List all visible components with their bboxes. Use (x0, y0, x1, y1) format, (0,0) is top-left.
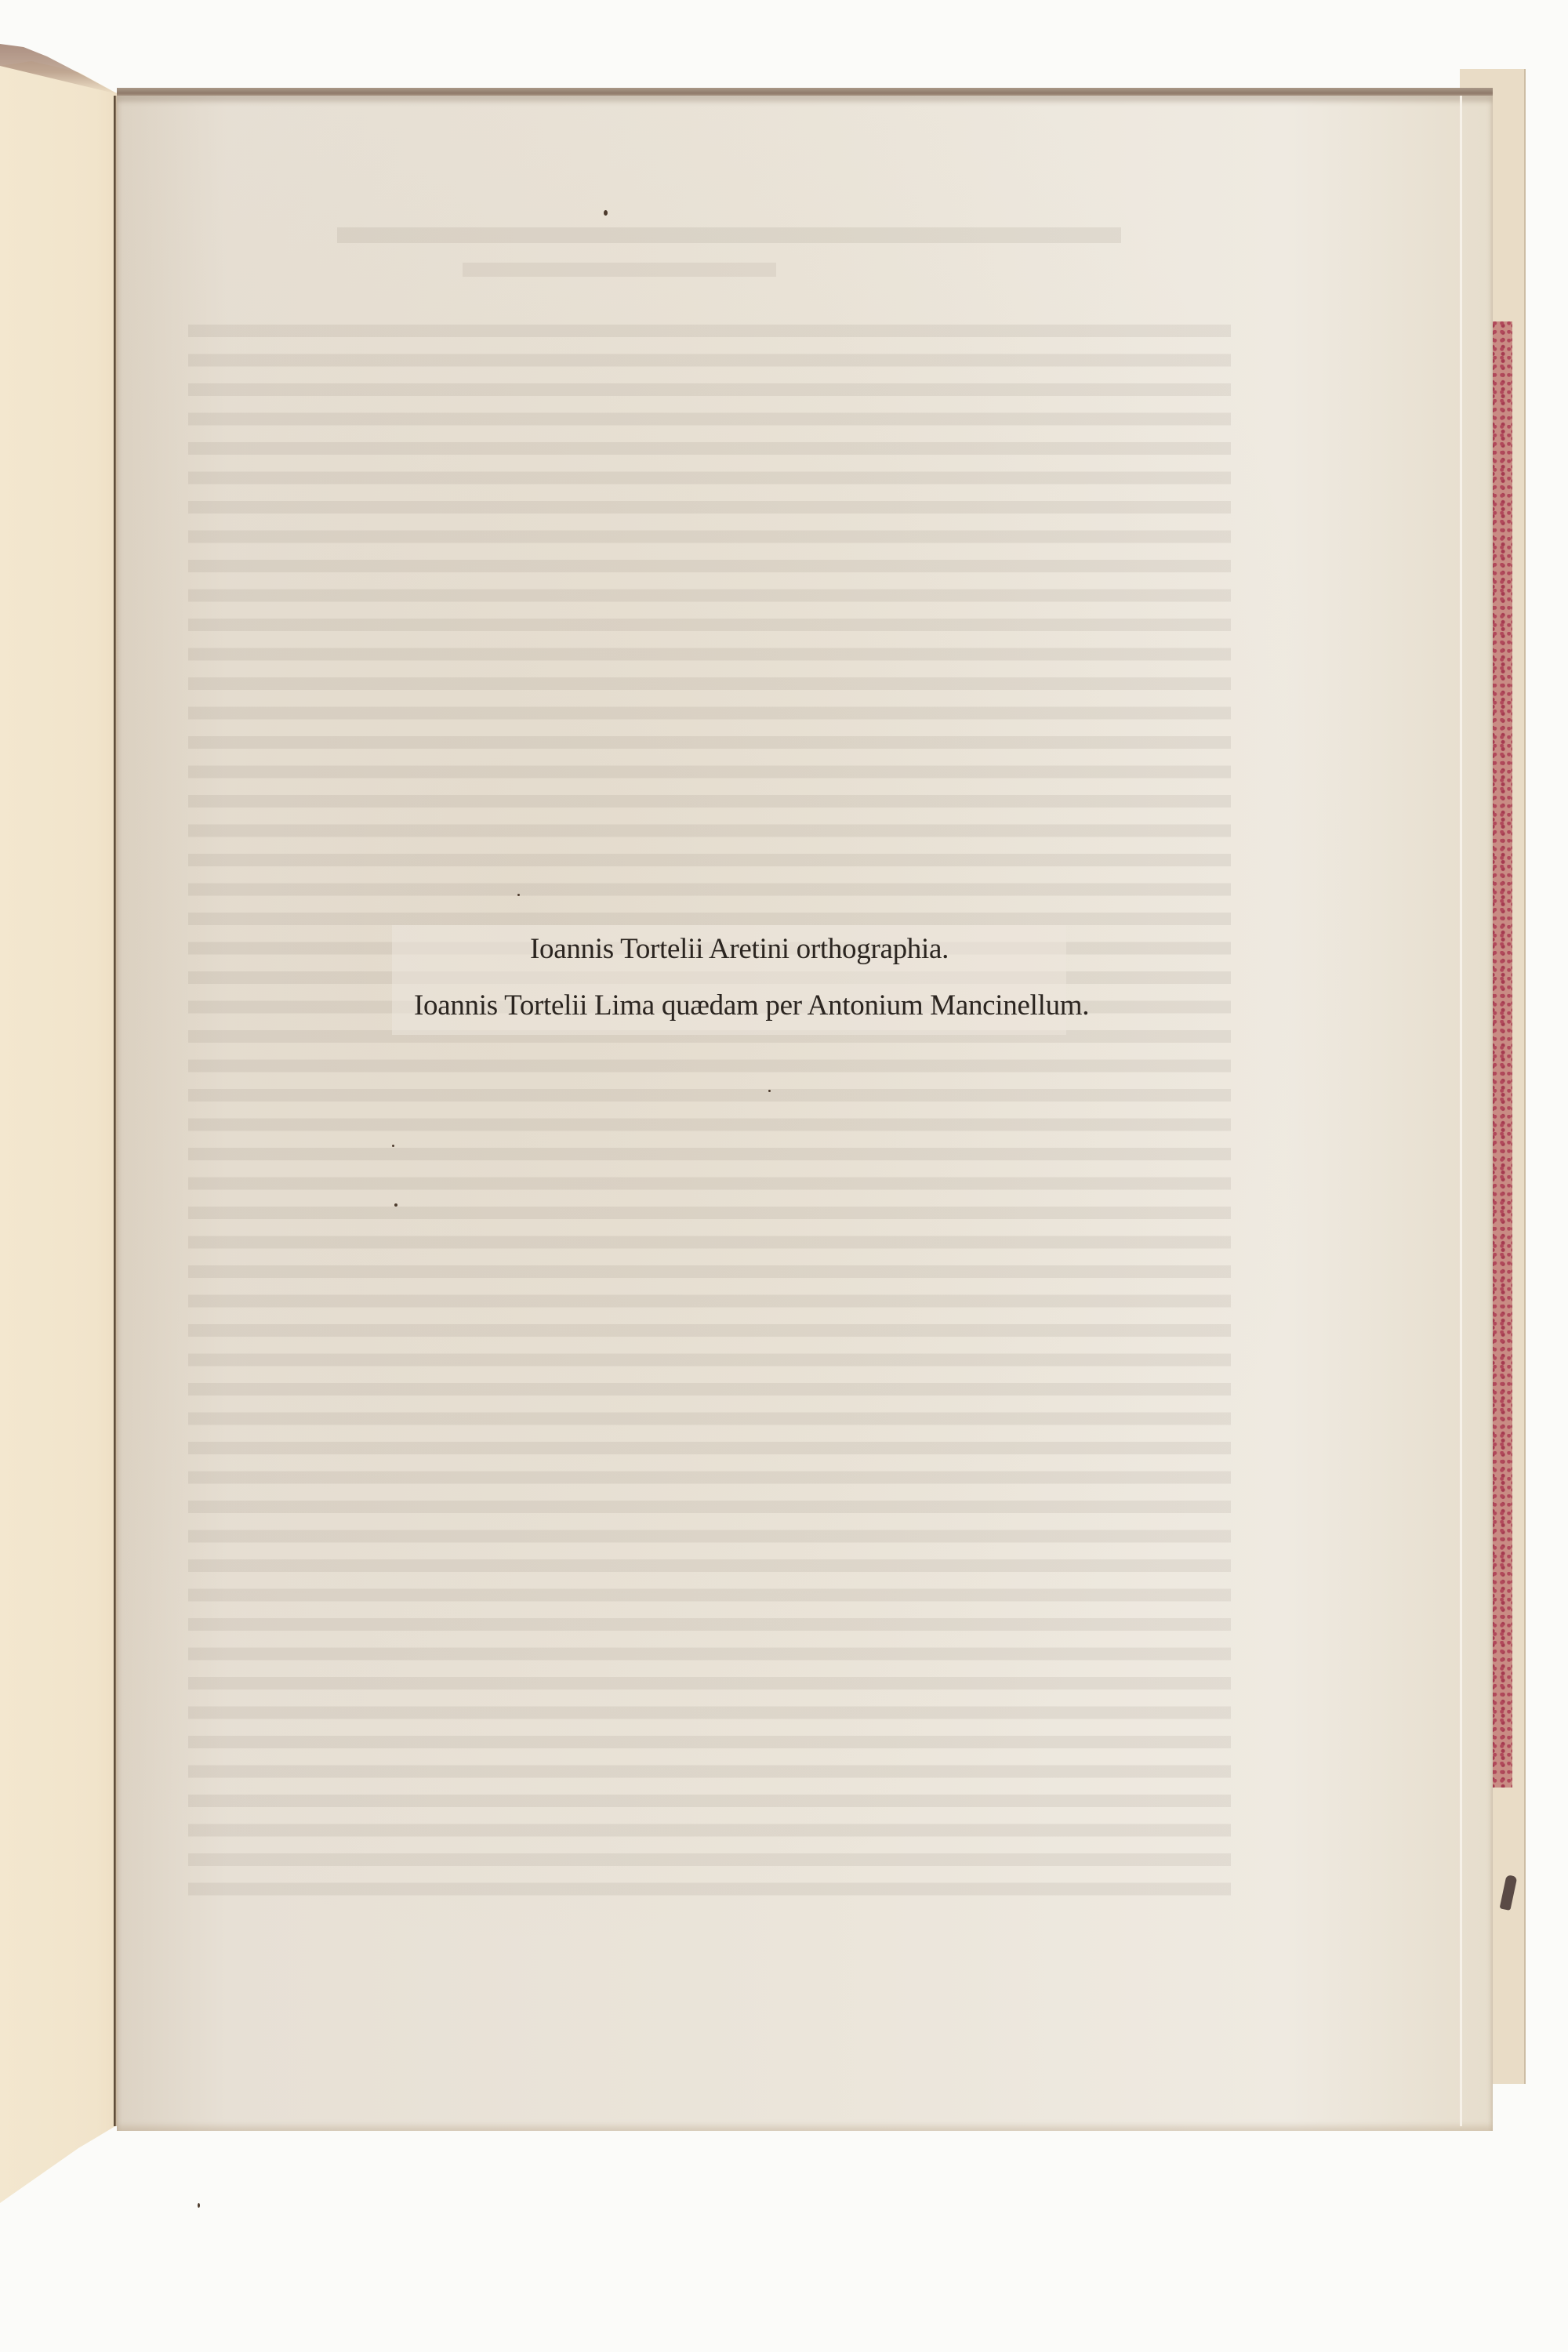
foxing-spot (517, 894, 520, 896)
gutter (114, 96, 117, 2126)
showthrough-header (337, 227, 1121, 243)
foxing-spot (392, 1145, 394, 1147)
foxing-spot (768, 1090, 771, 1092)
foxing-spot (394, 1203, 397, 1207)
title-line-1: Ioannis Tortelii Aretini orthographia. (530, 935, 949, 964)
title-line-2: Ioannis Tortelii Lima quædam per Antoniu… (414, 991, 1089, 1020)
showthrough-header-2 (463, 263, 776, 277)
page-fold-line (1460, 96, 1462, 2126)
foxing-spot (198, 2203, 200, 2208)
open-book-photo: Ioannis Tortelii Aretini orthographia. I… (0, 0, 1568, 2352)
showthrough-text-block (188, 314, 1231, 1905)
foxing-spot (604, 210, 608, 216)
